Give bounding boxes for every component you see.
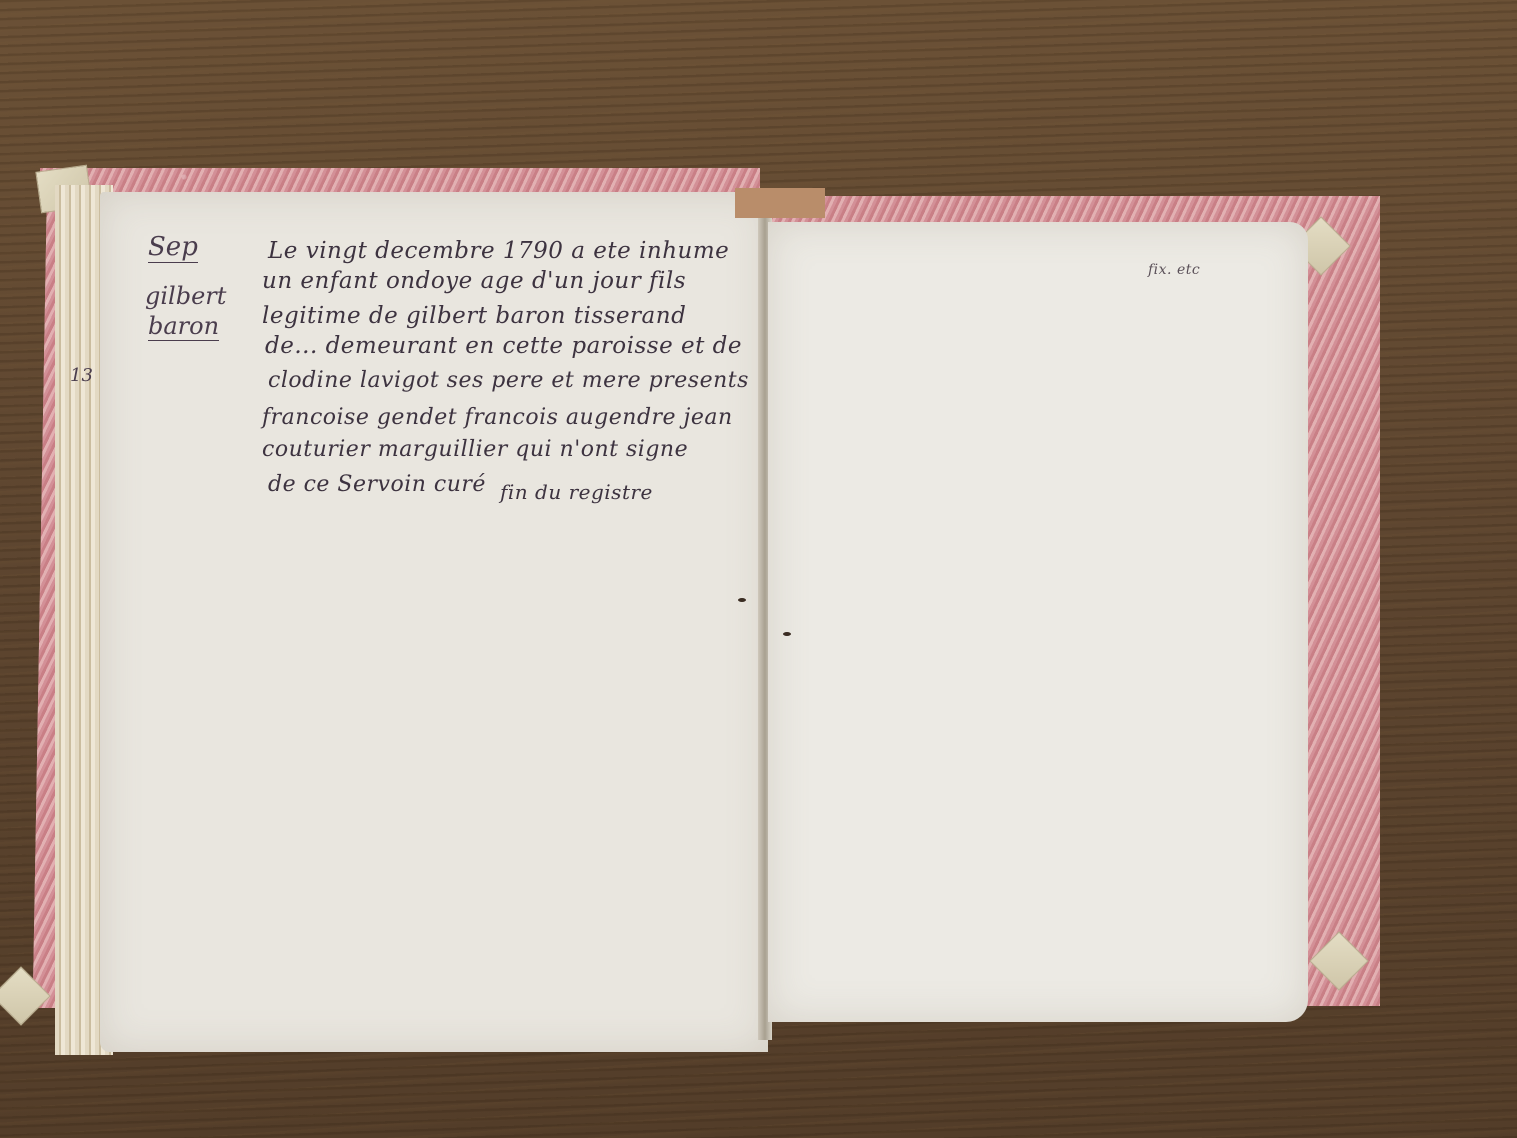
entry-line: Le vingt decembre 1790 a ete inhume [268,238,729,264]
entry-line: francoise gendet francois augendre jean [262,405,733,430]
entry-line: legitime de gilbert baron tisserand [262,303,686,329]
spine-top-strip [735,188,825,218]
entry-line: de... demeurant en cette paroisse et de [265,333,742,359]
margin-name-last: baron [148,312,219,341]
entry-line: un enfant ondoye age d'un jour fils [262,268,686,294]
binding-hole [783,632,791,636]
binding-hole [738,598,746,602]
entry-line: de ce Servoin curé [268,472,486,497]
right-page-corner-note: fix. etc [1148,262,1200,278]
folio-number: 13 [70,365,93,386]
margin-entry-type: Sep [148,232,198,263]
margin-name-first: gilbert [145,282,226,310]
entry-line: couturier marguillier qui n'ont signe [262,437,688,462]
closing-note: fin du registre [500,480,653,504]
right-page [768,222,1308,1022]
entry-line: clodine lavigot ses pere et mere present… [268,368,749,393]
